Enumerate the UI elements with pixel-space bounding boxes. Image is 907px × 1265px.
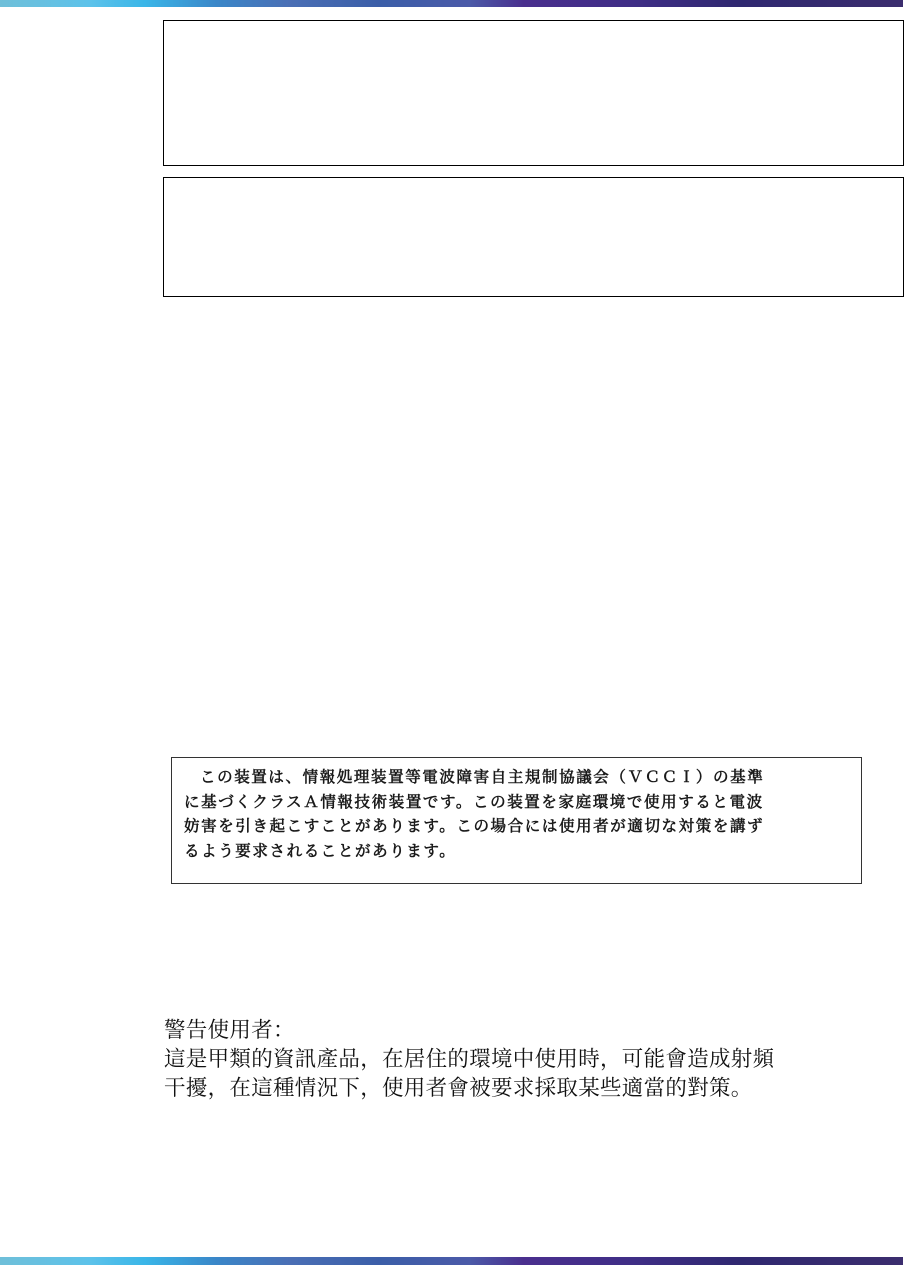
vcci-notice-box: この装置は、情報処理装置等電波障害自主規制協議会（ＶＣＣＩ）の基準 に基づくクラ… bbox=[171, 757, 862, 884]
header-brand-bar bbox=[0, 0, 903, 7]
vcci-notice-line: 妨害を引き起こすことがあります。この場合には使用者が適切な対策を講ず bbox=[184, 814, 851, 839]
empty-notice-box-2 bbox=[163, 177, 904, 297]
bsmi-warning-line: 這是甲類的資訊產品，在居住的環境中使用時，可能會造成射頻 bbox=[164, 1045, 884, 1074]
vcci-notice-line: この装置は、情報処理装置等電波障害自主規制協議会（ＶＣＣＩ）の基準 bbox=[184, 765, 851, 790]
vcci-notice-line: に基づくクラスＡ情報技術装置です。この装置を家庭環境で使用すると電波 bbox=[184, 790, 851, 815]
empty-notice-box-1 bbox=[163, 20, 904, 166]
vcci-notice-line: るよう要求されることがあります。 bbox=[184, 839, 851, 864]
footer-brand-bar bbox=[0, 1257, 903, 1265]
bsmi-warning-title: 警告使用者： bbox=[164, 1016, 884, 1045]
bsmi-warning-notice: 警告使用者： 這是甲類的資訊產品，在居住的環境中使用時，可能會造成射頻 干擾，在… bbox=[164, 1016, 884, 1103]
bsmi-warning-line: 干擾，在這種情況下，使用者會被要求採取某些適當的對策。 bbox=[164, 1074, 884, 1103]
